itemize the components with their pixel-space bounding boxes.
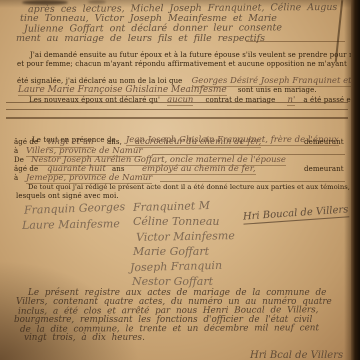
signature-center-2: Céline Tonneau <box>133 216 219 227</box>
signature-bride: Laure Mainfesme <box>22 218 120 231</box>
signature-center-3: Victor Mainfesme <box>136 230 235 243</box>
witness2-demeurant-label: demeurant <box>304 166 344 173</box>
closing-line-2: lesquels ont signé avec moi. <box>16 193 119 200</box>
witness1-occupation: accrocheur du chemin de fer, <box>135 138 261 148</box>
witness2-a-label: à <box>14 175 18 182</box>
form-rule-2 <box>6 109 348 110</box>
witness1-age-label: âgé de <box>14 139 38 146</box>
declaration-line-2: et pour femme; chacun m'ayant répondu af… <box>17 61 347 68</box>
witness1-a-label: à <box>14 148 18 155</box>
witness2-ans-label: ans <box>112 166 125 173</box>
witness2-lead: De <box>14 157 24 164</box>
scan-dark-border <box>351 0 360 360</box>
bottom-left-vignette <box>0 260 140 360</box>
consent-line-4: ment au mariage de leurs fils et fille r… <box>16 34 265 44</box>
signature-official: Hri Boucal de Villers <box>243 205 349 224</box>
closing-line-1: De tout quoi j'ai rédigé le présent acte… <box>28 184 350 191</box>
form-rule-1 <box>6 102 348 103</box>
witness1-demeurant-label: demeurant <box>304 139 344 146</box>
contract-hand-ne: n' <box>287 95 295 106</box>
form-rule-3 <box>6 117 348 119</box>
signature-center-5: Joseph Franquin <box>130 260 222 273</box>
declaration-line-1: J'ai demandé ensuite au futur époux et à… <box>30 52 360 59</box>
signature-center-4: Marie Goffart <box>133 246 209 257</box>
page-edge-shading <box>344 0 351 360</box>
signature-groom: Franquin Georges <box>24 201 125 216</box>
witness1-ans-label: ans, <box>107 139 122 146</box>
witness2-trailing-rule <box>160 181 345 182</box>
contract-hand-aucun: aucun <box>167 95 193 106</box>
consent-trailing-rule <box>246 41 345 42</box>
witness2-occupation: employé au chemin de fer, <box>142 165 256 175</box>
marriage-register-page: après ces lectures, Michel Joseph Franqu… <box>0 0 360 360</box>
signature-center-6: Nestor Goffart <box>132 276 213 287</box>
witness2-age-label: âgé de <box>14 166 38 173</box>
signature-center-1: Franquinet M <box>133 200 210 213</box>
bottom-cut-signature: Hri Bcal de Villers <box>250 351 343 360</box>
